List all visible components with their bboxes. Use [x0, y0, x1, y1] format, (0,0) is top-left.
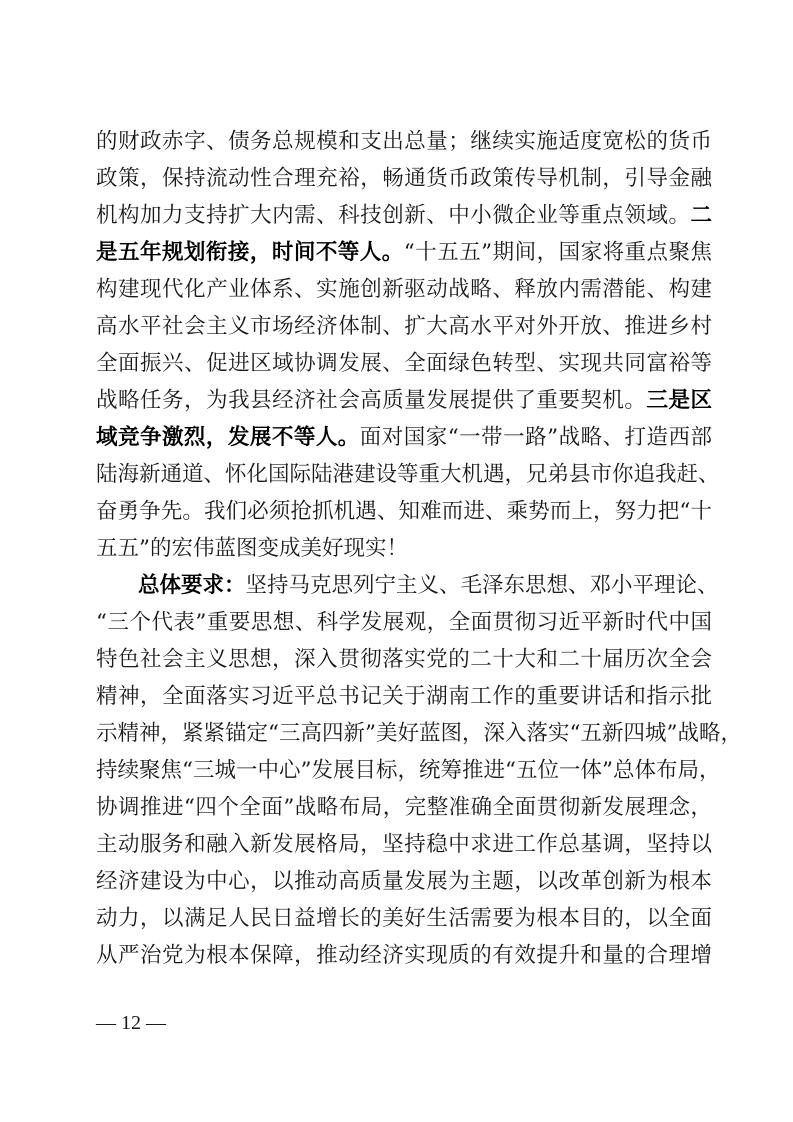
text-line: 的财政赤字、债务总规模和支出总量；继续实施适度宽松的货币 [96, 123, 712, 160]
text-line: 域竞争激烈，发展不等人。面对国家“一带一路”战略、打造西部 [96, 419, 712, 456]
bold-text-segment: 三是区 [646, 388, 712, 413]
text-segment: 示精神，紧紧锚定“三高四新”美好蓝图，深入落实“五新四城”战略， [96, 721, 742, 746]
text-segment: 主动服务和融入新发展格局，坚持稳中求进工作总基调，坚持以 [96, 832, 712, 857]
bold-text-segment: 二 [690, 203, 712, 228]
text-line: 经济建设为中心，以推动高质量发展为主题，以改革创新为根本 [96, 863, 712, 900]
text-line: 是五年规划衔接，时间不等人。“十五五”期间，国家将重点聚焦 [96, 234, 712, 271]
text-line: 机构加力支持扩大内需、科技创新、中小微企业等重点领域。二 [96, 197, 712, 234]
text-line: 政策，保持流动性合理充裕，畅通货币政策传导机制，引导金融 [96, 160, 712, 197]
text-line: 陆海新通道、怀化国际陆港建设等重大机遇，兄弟县市你追我赶、 [96, 456, 712, 493]
text-line: 五五”的宏伟蓝图变成美好现实！ [96, 530, 712, 567]
text-segment: 持续聚焦“三城一中心”发展目标，统筹推进“五位一体”总体布局， [96, 758, 720, 783]
text-line: 动力，以满足人民日益增长的美好生活需要为根本目的，以全面 [96, 900, 712, 937]
text-line: 战略任务，为我县经济社会高质量发展提供了重要契机。三是区 [96, 382, 712, 419]
text-line: “三个代表”重要思想、科学发展观，全面贯彻习近平新时代中国 [96, 604, 712, 641]
text-segment: 五五”的宏伟蓝图变成美好现实！ [96, 536, 408, 561]
text-segment: 特色社会主义思想，深入贯彻落实党的二十大和二十届历次全会 [96, 647, 712, 672]
text-segment: 面对国家“一带一路”战略、打造西部 [360, 425, 712, 450]
bold-text-segment: 总体要求： [138, 573, 246, 598]
text-segment: “三个代表”重要思想、科学发展观，全面贯彻习近平新时代中国 [96, 610, 712, 635]
text-line: 示精神，紧紧锚定“三高四新”美好蓝图，深入落实“五新四城”战略， [96, 715, 712, 752]
text-line: 奋勇争先。我们必须抢抓机遇、知难而进、乘势而上，努力把“十 [96, 493, 712, 530]
text-segment: 构建现代化产业体系、实施创新驱动战略、释放内需潜能、构建 [96, 277, 712, 302]
text-segment: 动力，以满足人民日益增长的美好生活需要为根本目的，以全面 [96, 906, 712, 931]
text-line: 精神，全面落实习近平总书记关于湖南工作的重要讲话和指示批 [96, 678, 712, 715]
text-segment: 高水平社会主义市场经济体制、扩大高水平对外开放、推进乡村 [96, 314, 712, 339]
text-segment: 从严治党为根本保障，推动经济实现质的有效提升和量的合理增 [96, 943, 712, 968]
text-line: 持续聚焦“三城一中心”发展目标，统筹推进“五位一体”总体布局， [96, 752, 712, 789]
text-line: 特色社会主义思想，深入贯彻落实党的二十大和二十届历次全会 [96, 641, 712, 678]
text-segment: 精神，全面落实习近平总书记关于湖南工作的重要讲话和指示批 [96, 684, 712, 709]
text-segment: “十五五”期间，国家将重点聚焦 [404, 240, 712, 265]
text-segment: 协调推进“四个全面”战略布局，完整准确全面贯彻新发展理念， [96, 795, 712, 820]
text-line: 全面振兴、促进区域协调发展、全面绿色转型、实现共同富裕等 [96, 345, 712, 382]
text-segment: 战略任务，为我县经济社会高质量发展提供了重要契机。 [96, 388, 646, 413]
text-line: 总体要求：坚持马克思列宁主义、毛泽东思想、邓小平理论、 [138, 567, 712, 604]
text-segment: 经济建设为中心，以推动高质量发展为主题，以改革创新为根本 [96, 869, 712, 894]
text-line: 协调推进“四个全面”战略布局，完整准确全面贯彻新发展理念， [96, 789, 712, 826]
text-line: 高水平社会主义市场经济体制、扩大高水平对外开放、推进乡村 [96, 308, 712, 345]
text-line: 从严治党为根本保障，推动经济实现质的有效提升和量的合理增 [96, 937, 712, 974]
text-segment: 政策，保持流动性合理充裕，畅通货币政策传导机制，引导金融 [96, 166, 712, 191]
bold-text-segment: 是五年规划衔接，时间不等人。 [96, 240, 404, 265]
bold-text-segment: 域竞争激烈，发展不等人。 [96, 425, 360, 450]
text-segment: 陆海新通道、怀化国际陆港建设等重大机遇，兄弟县市你追我赶、 [96, 462, 720, 487]
text-segment: 机构加力支持扩大内需、科技创新、中小微企业等重点领域。 [96, 203, 690, 228]
page-number: — 12 — [96, 1010, 166, 1036]
text-segment: 全面振兴、促进区域协调发展、全面绿色转型、实现共同富裕等 [96, 351, 712, 376]
text-line: 主动服务和融入新发展格局，坚持稳中求进工作总基调，坚持以 [96, 826, 712, 863]
text-segment: 坚持马克思列宁主义、毛泽东思想、邓小平理论、 [246, 573, 719, 598]
document-page: 的财政赤字、债务总规模和支出总量；继续实施适度宽松的货币政策，保持流动性合理充裕… [0, 0, 793, 1122]
text-line: 构建现代化产业体系、实施创新驱动战略、释放内需潜能、构建 [96, 271, 712, 308]
text-segment: 的财政赤字、债务总规模和支出总量；继续实施适度宽松的货币 [96, 129, 712, 154]
text-segment: 奋勇争先。我们必须抢抓机遇、知难而进、乘势而上，努力把“十 [96, 499, 712, 524]
